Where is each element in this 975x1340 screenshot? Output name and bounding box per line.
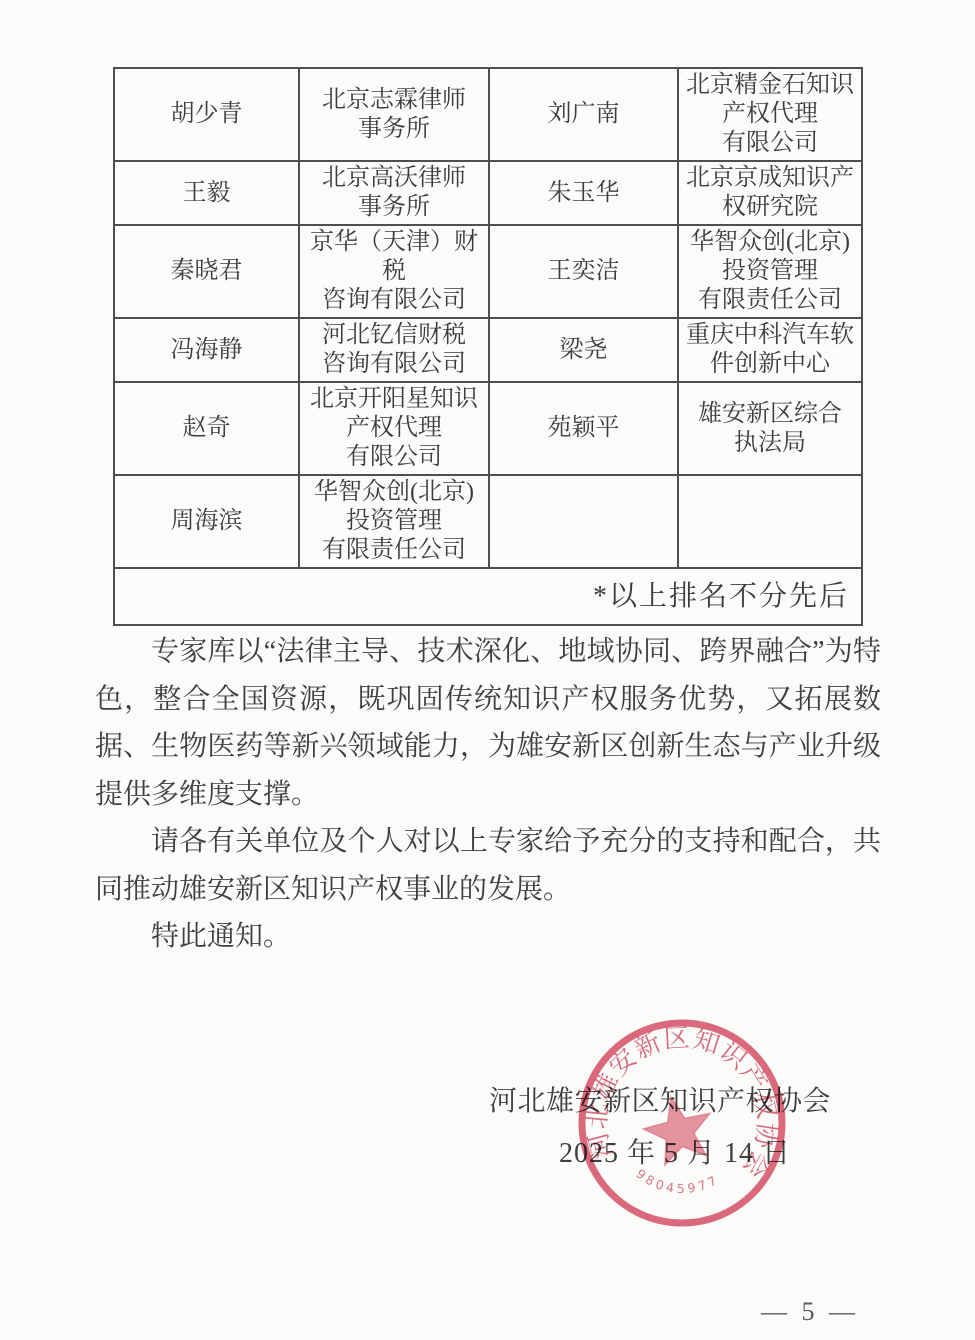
table-row: 赵奇 北京开阳星知识 产权代理 有限公司 苑颖平 雄安新区综合 执法局 bbox=[114, 382, 862, 475]
table-row: 周海滨 华智众创(北京) 投资管理 有限责任公司 bbox=[114, 475, 862, 568]
seal-serial-number: 98045977 bbox=[632, 1159, 724, 1203]
expert-org: 北京开阳星知识 产权代理 有限公司 bbox=[299, 382, 489, 475]
seal-arc-text: 河北雄安新区知识产权协会 bbox=[577, 1012, 793, 1185]
expert-name: 秦晓君 bbox=[114, 225, 299, 318]
svg-text:河北雄安新区知识产权协会: 河北雄安新区知识产权协会 bbox=[577, 1012, 793, 1185]
expert-org: 华智众创(北京) 投资管理 有限责任公司 bbox=[678, 225, 862, 318]
document-page: 胡少青 北京志霖律师 事务所 刘广南 北京精金石知识 产权代理 有限公司 王毅 … bbox=[0, 0, 975, 1340]
expert-org: 华智众创(北京) 投资管理 有限责任公司 bbox=[299, 475, 489, 568]
expert-org bbox=[678, 475, 862, 568]
expert-name: 王奕洁 bbox=[489, 225, 678, 318]
expert-name: 苑颖平 bbox=[489, 382, 678, 475]
expert-name: 赵奇 bbox=[114, 382, 299, 475]
table-row: 王毅 北京高沃律师 事务所 朱玉华 北京京成知识产 权研究院 bbox=[114, 161, 862, 225]
expert-org: 北京志霖律师 事务所 bbox=[299, 68, 489, 161]
expert-org: 北京高沃律师 事务所 bbox=[299, 161, 489, 225]
notice-body: 专家库以“法律主导、技术深化、地域协同、跨界融合”为特色，整合全国资源，既巩固传… bbox=[95, 628, 881, 961]
official-seal-stamp: 河北雄安新区知识产权协会 98045977 bbox=[567, 1008, 797, 1238]
expert-name: 王毅 bbox=[114, 161, 299, 225]
table-row: 秦晓君 京华（天津）财税 咨询有限公司 王奕洁 华智众创(北京) 投资管理 有限… bbox=[114, 225, 862, 318]
expert-name: 朱玉华 bbox=[489, 161, 678, 225]
expert-name: 刘广南 bbox=[489, 68, 678, 161]
table-row: 冯海静 河北钇信财税 咨询有限公司 梁尧 重庆中科汽车软 件创新中心 bbox=[114, 318, 862, 382]
expert-name: 冯海静 bbox=[114, 318, 299, 382]
expert-org: 京华（天津）财税 咨询有限公司 bbox=[299, 225, 489, 318]
expert-org: 雄安新区综合 执法局 bbox=[678, 382, 862, 475]
page-number: — 5 — bbox=[735, 1297, 885, 1327]
expert-name: 周海滨 bbox=[114, 475, 299, 568]
expert-org: 河北钇信财税 咨询有限公司 bbox=[299, 318, 489, 382]
table-footnote-row: *以上排名不分先后 bbox=[114, 568, 862, 625]
paragraph: 特此通知。 bbox=[95, 913, 881, 961]
svg-text:98045977: 98045977 bbox=[632, 1159, 724, 1203]
paragraph: 请各有关单位及个人对以上专家给予充分的支持和配合，共同推动雄安新区知识产权事业的… bbox=[95, 818, 881, 913]
expert-org: 北京京成知识产 权研究院 bbox=[678, 161, 862, 225]
expert-name: 胡少青 bbox=[114, 68, 299, 161]
expert-org: 北京精金石知识 产权代理 有限公司 bbox=[678, 68, 862, 161]
expert-name: 梁尧 bbox=[489, 318, 678, 382]
expert-name bbox=[489, 475, 678, 568]
table-footnote: *以上排名不分先后 bbox=[114, 568, 862, 625]
seal-graphic: 河北雄安新区知识产权协会 98045977 bbox=[577, 1012, 793, 1223]
paragraph: 专家库以“法律主导、技术深化、地域协同、跨界融合”为特色，整合全国资源，既巩固传… bbox=[95, 628, 881, 818]
seal-star-icon bbox=[638, 1089, 719, 1168]
expert-org: 重庆中科汽车软 件创新中心 bbox=[678, 318, 862, 382]
table-row: 胡少青 北京志霖律师 事务所 刘广南 北京精金石知识 产权代理 有限公司 bbox=[114, 68, 862, 161]
experts-table: 胡少青 北京志霖律师 事务所 刘广南 北京精金石知识 产权代理 有限公司 王毅 … bbox=[113, 67, 863, 626]
